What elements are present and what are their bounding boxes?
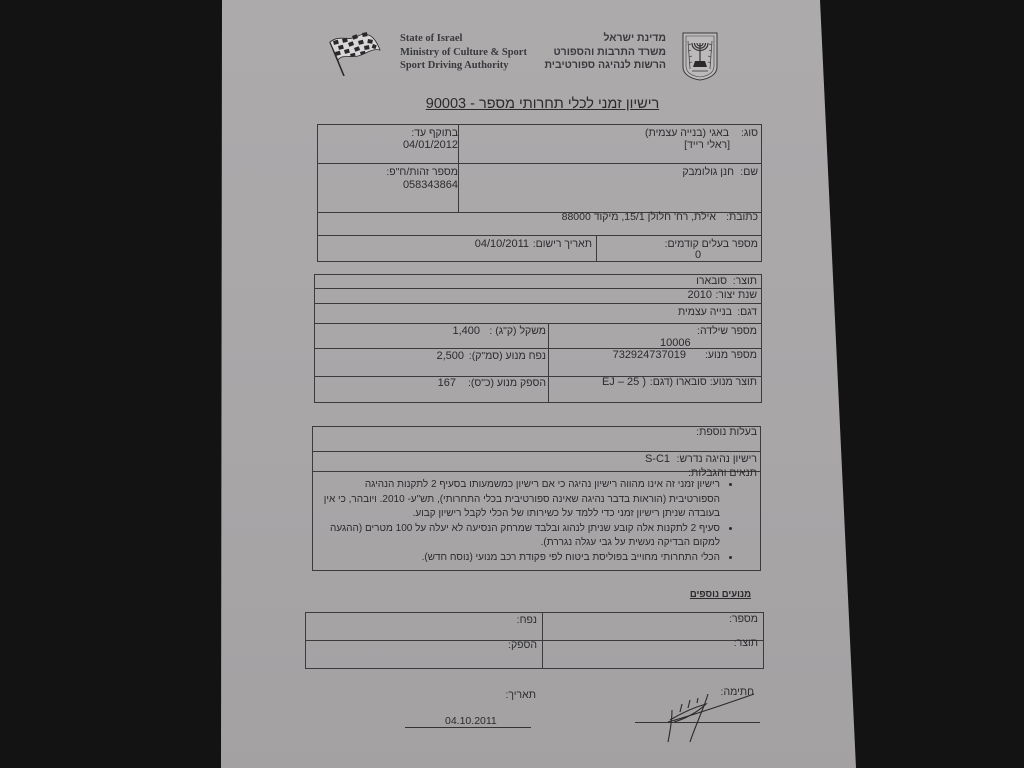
engine-power-label: הספק מנוע (כ"ס): [468, 377, 546, 390]
divider [596, 235, 597, 262]
document-paper: State of Israel Ministry of Culture & Sp… [0, 0, 1024, 768]
address-label: כתובת: [726, 211, 758, 224]
condition-item: סעיף 2 לתקנות אלה קובע שניתן לנהוג ובלבד… [318, 522, 720, 551]
engine-maker-label: תוצר מנוע: סובארו (דגם: [650, 376, 757, 389]
type-sub: [ראלי רייד] [684, 139, 730, 152]
state-emblem-icon [680, 31, 720, 81]
divider [314, 303, 762, 304]
chassis-label: מספר שילדה: [697, 325, 757, 338]
conditions-list: רישיון זמני זה אינו מהווה רישיון נהיגה כ… [318, 478, 738, 565]
year-label: שנת יצור: [715, 289, 757, 302]
date-label: תאריך: [505, 689, 536, 702]
engine-number-value: 732924737019 [613, 349, 686, 362]
maker-value: סובארו [696, 275, 727, 288]
name-label: שם: [740, 166, 758, 179]
type-label: סוג: [741, 127, 758, 140]
divider [314, 323, 762, 324]
english-header: State of Israel Ministry of Culture & Sp… [400, 32, 527, 73]
model-value: בנייה עצמית [678, 306, 732, 319]
registration-date-label: תאריך רישום: [533, 238, 592, 251]
weight-label: משקל (ק"ג) : [489, 325, 546, 338]
engine-maker-value: EJ – 25 ) [602, 376, 646, 389]
id-label: מספר זהות/ח"פ: [386, 166, 458, 179]
address-value: אילת, רח' חלולן 15/1, מיקוד 88000 [562, 211, 716, 224]
english-header-line: State of Israel [400, 32, 527, 46]
divider [317, 163, 762, 164]
engine-power-value: 167 [438, 377, 456, 390]
hebrew-header-line: משרד התרבות והספורט [544, 46, 666, 60]
registration-date-value: 04/10/2011 [475, 238, 529, 251]
english-header-line: Sport Driving Authority [400, 59, 527, 73]
extra-engine-volume-label: נפח: [517, 614, 537, 627]
year-value: 2010 [688, 289, 712, 302]
engine-volume-label: נפח מנוע (סמ"ק): [469, 350, 546, 363]
document-title: רישיון זמני לכלי תחרותי מספר - 90003 [400, 96, 685, 112]
divider [548, 323, 549, 403]
previous-owners-label: מספר בעלים קודמים: [665, 238, 758, 251]
extra-owner-label: בעלות נוספת: [696, 426, 757, 439]
hebrew-header-line: הרשות לנהיגה ספורטיבית [544, 59, 666, 73]
english-header-line: Ministry of Culture & Sport [400, 46, 527, 60]
divider [317, 235, 762, 236]
previous-owners-value: 0 [695, 249, 701, 262]
engine-number-label: מספר מנוע: [705, 349, 757, 362]
extra-engines-heading: מנועים נוספים [690, 589, 751, 600]
model-label: דגם: [737, 306, 757, 319]
required-license-label: רישיון נהיגה נדרש: [677, 453, 757, 466]
name-value: חנן גולומבק [682, 166, 734, 179]
condition-item: הכלי התחרותי מחוייב בפוליסת ביטוח לפי פק… [318, 551, 720, 566]
maker-label: תוצר: [733, 275, 757, 288]
signature-mark [660, 692, 760, 744]
extra-engine-number-label: מספר: [729, 613, 758, 626]
extra-engine-power-label: הספק: [508, 639, 537, 652]
date-line [405, 727, 531, 728]
divider [542, 612, 543, 669]
divider [458, 124, 459, 212]
engine-volume-value: 2,500 [436, 350, 464, 363]
hebrew-header-line: מדינת ישראל [544, 32, 666, 46]
hebrew-header: מדינת ישראל משרד התרבות והספורט הרשות לנ… [544, 32, 666, 73]
required-license-value: S-C1 [645, 453, 670, 466]
weight-value: 1,400 [452, 325, 480, 338]
divider [312, 451, 761, 452]
id-value: 058343864 [403, 179, 458, 192]
valid-until-value: 04/01/2012 [403, 139, 458, 152]
checkered-flag-icon [322, 28, 386, 76]
condition-item: רישיון זמני זה אינו מהווה רישיון נהיגה כ… [318, 478, 720, 522]
extra-engine-maker-label: תוצר: [734, 637, 758, 650]
divider [314, 348, 762, 349]
